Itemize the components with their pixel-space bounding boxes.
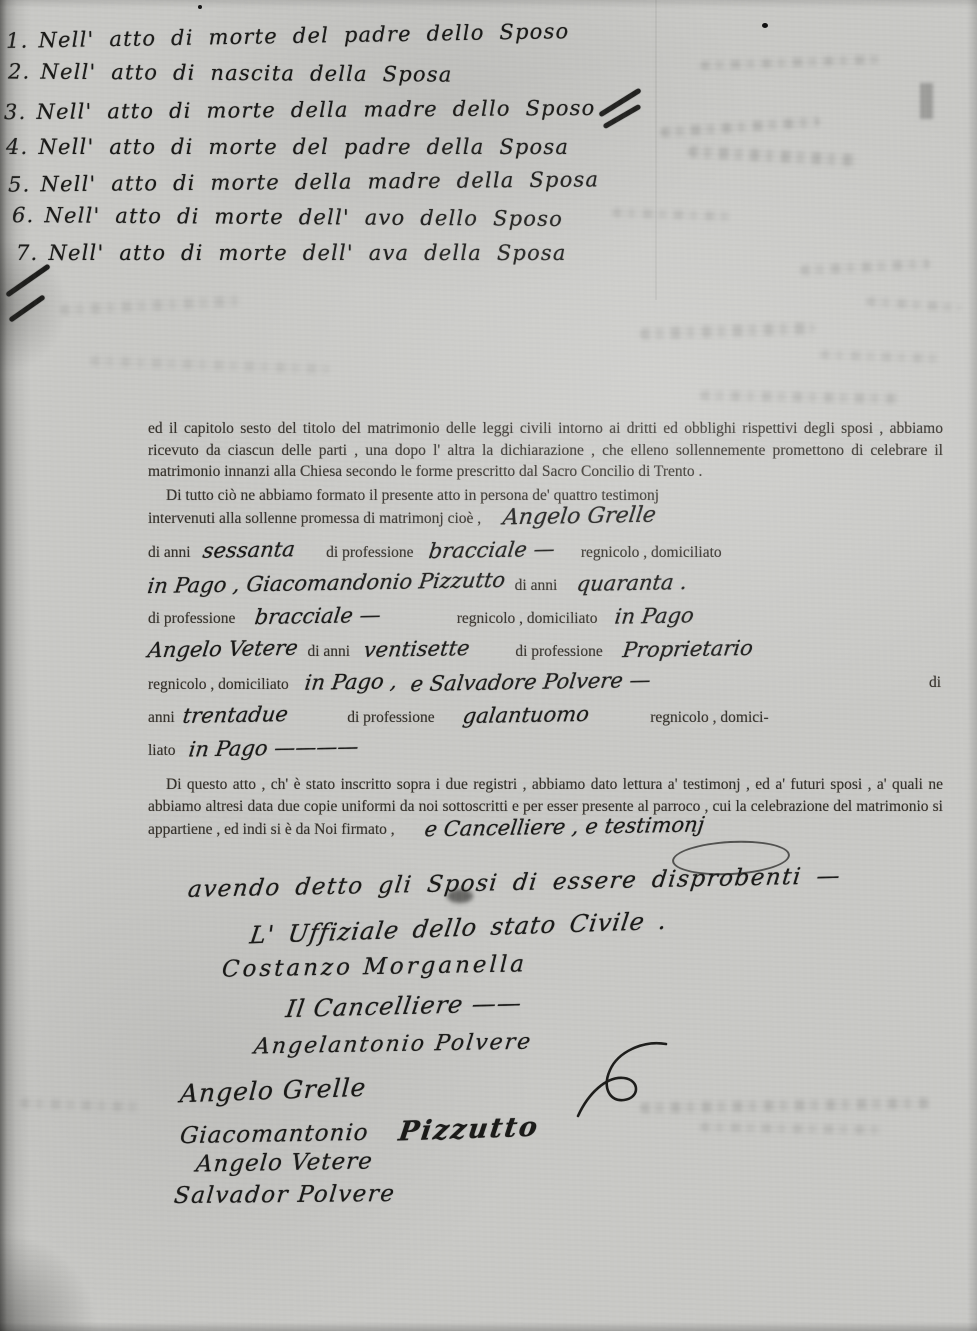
witness1-signature: Angelo Grelle	[179, 1073, 367, 1109]
label-regnicolo-domiciliato: regnicolo , domiciliato	[457, 610, 598, 627]
checklist-item: 3.Nell' atto di morte della madre dello …	[4, 96, 596, 124]
checklist-item: 4.Nell' atto di morte del padre della Sp…	[6, 135, 569, 159]
printed-act-body: ed il capitolo sesto del titolo del matr…	[148, 418, 943, 841]
checklist-item: 6.Nell' atto di morte dell' avo dello Sp…	[12, 203, 563, 231]
bleedthrough-smudge	[60, 295, 240, 315]
checklist-item-number: 7.	[16, 241, 38, 265]
fill-line-witness4-name: regnicolo , domiciliato in Pago , e Salv…	[148, 672, 943, 705]
checklist-item: 1.Nell' atto di morte del padre dello Sp…	[6, 19, 570, 53]
bleedthrough-smudge	[640, 1097, 930, 1113]
bleedthrough-smudge	[700, 390, 900, 403]
checklist-item-number: 6.	[12, 203, 35, 227]
label-di: di	[929, 672, 941, 694]
fill-witness3-domicile: in Pago ,	[303, 671, 398, 693]
label-regnicolo-domiciliato: regnicolo , domiciliato	[581, 544, 722, 561]
fill-witness2-domicile-name: in Pago , Giacomandonio Pizzutto	[146, 570, 506, 596]
bleedthrough-smudge	[866, 297, 961, 313]
label-regnicolo-domici: regnicolo , domici-	[650, 709, 768, 726]
ink-smear	[920, 83, 933, 119]
label-di-professione: di professione	[347, 709, 434, 726]
fill-line-witness3: Angelo Vetere di anni ventisette di prof…	[148, 639, 943, 672]
fill-firmato-suffix: e Cancelliere , e testimonj	[405, 814, 705, 839]
bleedthrough-smudge	[700, 1122, 885, 1134]
fill-witness3-name: Angelo Vetere	[147, 638, 299, 661]
pen-slash	[5, 264, 50, 298]
checklist-item-number: 5.	[8, 172, 31, 196]
printed-paragraph-2-intro: Di tutto ciò ne abbiamo formato il prese…	[148, 485, 943, 507]
fill-line-witness1-details: di anni sessanta di professione braccial…	[148, 540, 943, 573]
fill-witness4-name: e Salvadore Polvere —	[409, 670, 651, 694]
official-title: L' Uffiziale dello stato Civile .	[248, 907, 669, 950]
checklist-item-number: 1.	[6, 29, 29, 53]
bleedthrough-smudge	[660, 116, 820, 137]
witness3-signature: Angelo Vetere	[195, 1148, 374, 1177]
checklist-item: 2.Nell' atto di nascita della Sposa	[8, 59, 453, 86]
label-anni: anni	[148, 709, 175, 726]
checklist-item-text: Nell' atto di morte del padre della Spos…	[38, 135, 569, 159]
checklist-item-text: Nell' atto di morte della madre della Sp…	[40, 167, 599, 196]
label-di-professione: di professione	[148, 610, 235, 627]
checklist-item-text: Nell' atto di morte dell' ava della Spos…	[48, 241, 566, 265]
ink-dot	[762, 23, 768, 28]
chancellor-signature: Angelantonio Polvere	[252, 1030, 533, 1060]
bleedthrough-smudge	[20, 1098, 140, 1112]
fill-witness4-domicile: in Pago ————	[188, 737, 360, 760]
witness4-signature: Salvador Polvere	[173, 1181, 397, 1209]
pen-slash	[598, 88, 641, 118]
bleedthrough-smudge	[688, 146, 858, 167]
fill-witness2-domicile: in Pago	[614, 605, 695, 626]
printed-paragraph-1: ed il capitolo sesto del titolo del matr…	[148, 418, 943, 483]
label-di-anni: di anni	[515, 577, 558, 594]
fill-witness1-age: sessanta	[201, 539, 295, 561]
fill-line-witness1-name: intervenuti alla sollenne promessa di ma…	[148, 507, 943, 540]
fill-witness2-age: quaranta .	[576, 572, 689, 594]
checklist-item: 7.Nell' atto di morte dell' ava della Sp…	[16, 241, 567, 265]
pen-flourish	[548, 1038, 678, 1123]
checklist-item-text: Nell' atto di nascita della Sposa	[40, 60, 452, 87]
witness2-signature-surname: Pizzutto	[396, 1112, 541, 1148]
fill-line-witness2-details: di professione bracciale — regnicolo , d…	[148, 606, 943, 639]
official-signature: Costanzo Morganella	[221, 951, 527, 982]
fill-witness4-age: trentadue	[181, 704, 288, 726]
fill-line-witness4-domicile: liato in Pago ————	[148, 738, 943, 771]
ink-dot	[198, 5, 202, 9]
chancellor-title: Il Cancelliere ——	[284, 989, 524, 1023]
paper-crease	[655, 0, 657, 300]
fill-witness2-profession: bracciale —	[254, 605, 382, 627]
checklist-item-text: Nell' atto di morte dell' avo dello Spos…	[44, 203, 563, 231]
bleedthrough-smudge	[640, 322, 815, 340]
ink-blot	[447, 889, 473, 903]
checklist-item-text: Nell' atto di morte della madre dello Sp…	[36, 96, 595, 124]
printed-paragraph-3: Di questo atto , ch' è stato inscritto s…	[148, 774, 943, 841]
bleedthrough-smudge	[800, 259, 930, 276]
fill-witness1-name: Angelo Grelle	[502, 506, 657, 529]
checklist-item-number: 4.	[6, 135, 28, 159]
checklist-item-text: Nell' atto di morte del padre dello Spos…	[38, 19, 569, 52]
label-regnicolo-domiciliato: regnicolo , domiciliato	[148, 676, 289, 693]
pen-slash	[8, 294, 45, 322]
label-di-anni: di anni	[148, 544, 191, 561]
checklist-item-number: 2.	[8, 59, 31, 83]
checklist-item-number: 3.	[4, 100, 27, 124]
fill-witness4-profession: galantuomo	[461, 704, 590, 726]
witness2-signature: Giacomantonio Pizzutto	[180, 1113, 539, 1150]
label-di-professione: di professione	[326, 544, 413, 561]
fill-witness3-profession: Proprietario	[621, 638, 754, 660]
bleedthrough-smudge	[612, 208, 732, 221]
label-di-professione: di professione	[515, 643, 602, 660]
printed-segment: intervenuti alla sollenne promessa di ma…	[148, 510, 481, 527]
bleedthrough-smudge	[90, 356, 330, 374]
fill-line-witness4-details: anni trentadue di professione galantuomo…	[148, 705, 943, 738]
scanned-marriage-record-page: 1.Nell' atto di morte del padre dello Sp…	[0, 0, 977, 1331]
witness2-signature-firstname: Giacomantonio	[179, 1120, 370, 1149]
fill-witness3-age: ventisette	[363, 638, 471, 660]
label-di-anni: di anni	[307, 643, 350, 660]
fill-line-witness2-name: in Pago , Giacomandonio Pizzutto di anni…	[148, 573, 943, 606]
fill-witness1-profession: bracciale —	[428, 539, 556, 561]
bleedthrough-smudge	[820, 350, 940, 363]
checklist-item: 5.Nell' atto di morte della madre della …	[8, 167, 599, 196]
bleedthrough-smudge	[700, 55, 880, 70]
label-liato: liato	[148, 742, 176, 759]
